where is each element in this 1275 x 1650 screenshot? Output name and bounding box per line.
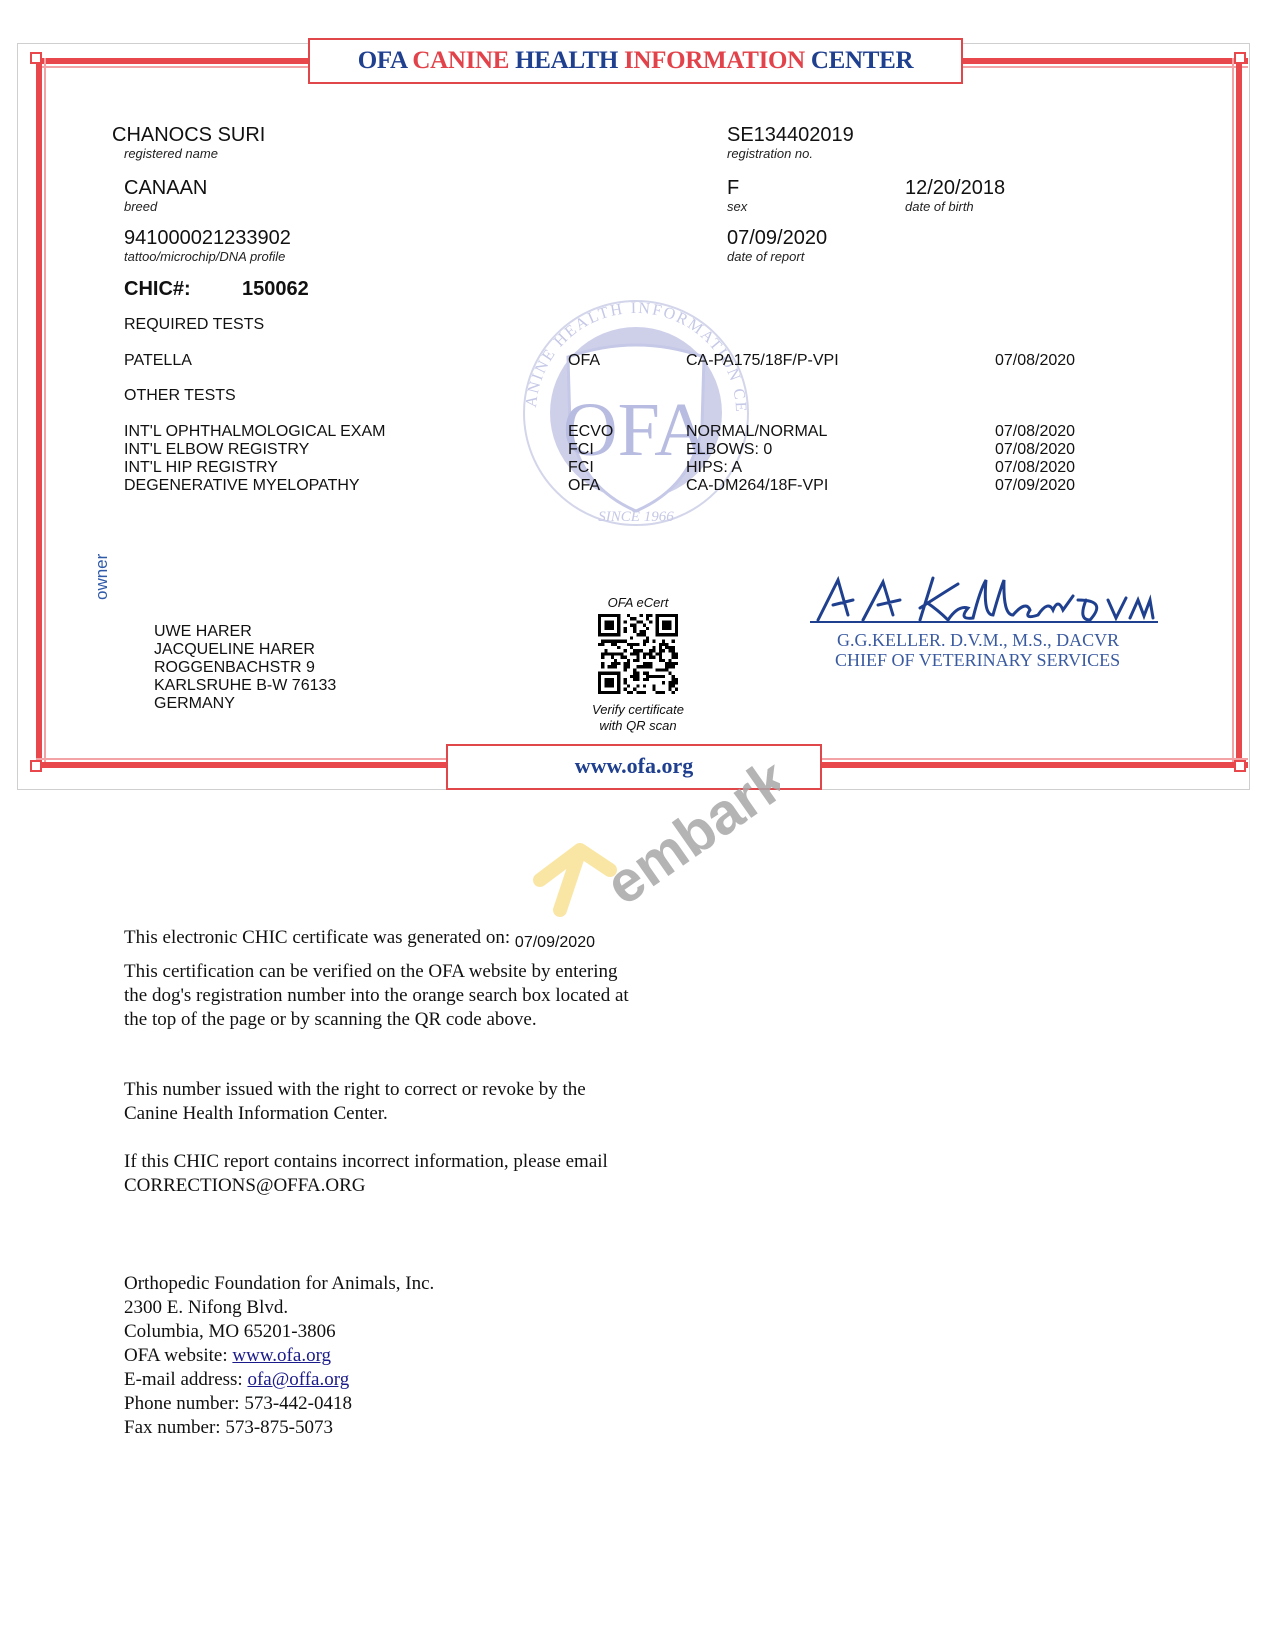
test-date: 07/08/2020 bbox=[995, 459, 1075, 477]
required-tests-heading: REQUIRED TESTS bbox=[124, 316, 264, 334]
test-test: INT'L HIP REGISTRY bbox=[124, 459, 278, 477]
title-ofa: OFA bbox=[358, 47, 407, 74]
dob-value: 12/20/2018 bbox=[905, 177, 1005, 199]
owner-line: KARLSRUHE B-W 76133 bbox=[154, 677, 336, 695]
website-link[interactable]: www.ofa.org bbox=[232, 1345, 331, 1366]
org-address-2: Columbia, MO 65201-3806 bbox=[124, 1320, 644, 1344]
generated-date: 07/09/2020 bbox=[515, 934, 595, 951]
svg-text:SINCE 1966: SINCE 1966 bbox=[598, 509, 674, 525]
test-result: CA-PA175/18F/P-VPI bbox=[686, 352, 839, 370]
registration-no-label: registration no. bbox=[727, 146, 813, 161]
org-fax: Fax number: 573-875-5073 bbox=[124, 1416, 644, 1440]
registration-no-value: SE134402019 bbox=[727, 124, 854, 146]
report-date-value: 07/09/2020 bbox=[727, 227, 827, 249]
ecert-caption-1: Verify certificate bbox=[578, 702, 698, 717]
owner-line: GERMANY bbox=[154, 695, 235, 713]
signatory-title: CHIEF OF VETERINARY SERVICES bbox=[835, 650, 1120, 671]
test-test: INT'L OPHTHALMOLOGICAL EXAM bbox=[124, 423, 385, 441]
org-email-line: E-mail address: ofa@offa.org bbox=[124, 1368, 644, 1392]
registered-name-label: registered name bbox=[124, 146, 218, 161]
breed-value: CANAAN bbox=[124, 177, 207, 199]
frame-left bbox=[36, 58, 42, 768]
corner-ornament bbox=[1234, 760, 1246, 772]
corner-ornament bbox=[30, 52, 42, 64]
org-phone: Phone number: 573-442-0418 bbox=[124, 1392, 644, 1416]
org-website-line: OFA website: www.ofa.org bbox=[124, 1344, 644, 1368]
org-address-1: 2300 E. Nifong Blvd. bbox=[124, 1296, 644, 1320]
chic-number: 150062 bbox=[242, 278, 309, 300]
ecert-caption-2: with QR scan bbox=[578, 718, 698, 733]
chic-label: CHIC#: bbox=[124, 278, 191, 300]
corrections-paragraph: If this CHIC report contains incorrect i… bbox=[124, 1150, 644, 1198]
ecert-title: OFA eCert bbox=[598, 595, 678, 610]
frame-right bbox=[1236, 58, 1242, 768]
email-label: E-mail address: bbox=[124, 1369, 243, 1390]
test-date: 07/08/2020 bbox=[995, 352, 1075, 370]
report-date-label: date of report bbox=[727, 249, 804, 264]
test-result: HIPS: A bbox=[686, 459, 742, 477]
revoke-paragraph: This number issued with the right to cor… bbox=[124, 1078, 644, 1126]
owner-line: ROGGENBACHSTR 9 bbox=[154, 659, 315, 677]
test-registry: ECVO bbox=[568, 423, 613, 441]
test-test: PATELLA bbox=[124, 352, 192, 370]
title-center: CENTER bbox=[811, 47, 913, 74]
test-registry: OFA bbox=[568, 352, 600, 370]
title-information: INFORMATION bbox=[624, 47, 805, 74]
breed-label: breed bbox=[124, 199, 157, 214]
test-result: ELBOWS: 0 bbox=[686, 441, 772, 459]
other-tests-heading: OTHER TESTS bbox=[124, 387, 236, 405]
test-registry: FCI bbox=[568, 441, 594, 459]
owner-label: owner bbox=[92, 554, 112, 600]
signatory-name: G.G.KELLER. D.V.M., M.S., DACVR bbox=[837, 630, 1119, 651]
microchip-value: 941000021233902 bbox=[124, 227, 291, 249]
test-date: 07/08/2020 bbox=[995, 441, 1075, 459]
registered-name-value: CHANOCS SURI bbox=[112, 124, 265, 146]
dob-label: date of birth bbox=[905, 199, 974, 214]
verify-paragraph: This certification can be verified on th… bbox=[124, 960, 644, 1032]
generated-line: This electronic CHIC certificate was gen… bbox=[124, 926, 764, 951]
embark-watermark-icon: embark bbox=[520, 740, 780, 920]
microchip-label: tattoo/microchip/DNA profile bbox=[124, 249, 285, 264]
test-result: NORMAL/NORMAL bbox=[686, 423, 827, 441]
signature-icon bbox=[808, 570, 1158, 630]
test-result: CA-DM264/18F-VPI bbox=[686, 477, 828, 495]
sex-label: sex bbox=[727, 199, 747, 214]
frame-left-inner bbox=[44, 58, 46, 768]
generated-label: This electronic CHIC certificate was gen… bbox=[124, 927, 510, 948]
qr-code-icon[interactable] bbox=[598, 614, 678, 694]
corner-ornament bbox=[30, 760, 42, 772]
owner-line: UWE HARER bbox=[154, 623, 252, 641]
title-canine: CANINE bbox=[412, 47, 509, 74]
org-contact-block: Orthopedic Foundation for Animals, Inc. … bbox=[124, 1272, 644, 1440]
certificate-title: OFA CANINE HEALTH INFORMATION CENTER bbox=[308, 38, 963, 84]
test-registry: OFA bbox=[568, 477, 600, 495]
test-test: INT'L ELBOW REGISTRY bbox=[124, 441, 309, 459]
test-date: 07/09/2020 bbox=[995, 477, 1075, 495]
corner-ornament bbox=[1234, 52, 1246, 64]
title-health: HEALTH bbox=[515, 47, 618, 74]
website-label: OFA website: bbox=[124, 1345, 228, 1366]
owner-line: JACQUELINE HARER bbox=[154, 641, 315, 659]
svg-text:embark: embark bbox=[594, 746, 780, 918]
test-date: 07/08/2020 bbox=[995, 423, 1075, 441]
frame-right-inner bbox=[1232, 58, 1234, 768]
org-name: Orthopedic Foundation for Animals, Inc. bbox=[124, 1272, 644, 1296]
test-test: DEGENERATIVE MYELOPATHY bbox=[124, 477, 360, 495]
sex-value: F bbox=[727, 177, 739, 199]
test-registry: FCI bbox=[568, 459, 594, 477]
email-link[interactable]: ofa@offa.org bbox=[247, 1369, 349, 1390]
